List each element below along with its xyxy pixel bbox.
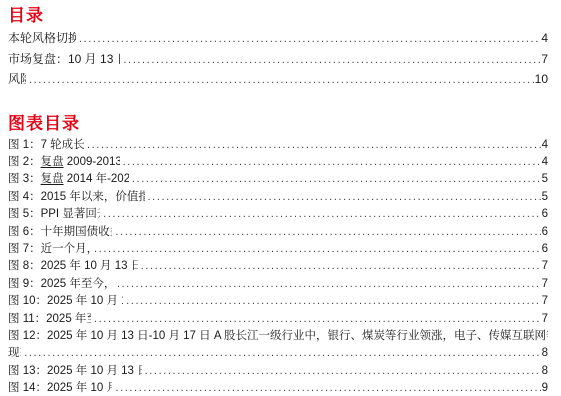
toc-entry[interactable]: 风险提示10 xyxy=(8,70,548,91)
entry-text: 图 12：2025 年 10 月 13 日-10 月 17 日 A 股长江一级行… xyxy=(8,328,548,345)
figure-toc-entry[interactable]: 图 8：2025 年 10 月 13 日-10 月 17 日，除红利指数外，主要… xyxy=(8,258,548,275)
page-number: 4 xyxy=(542,137,548,154)
dot-leader xyxy=(123,50,540,71)
page-number: 10 xyxy=(535,70,548,90)
entry-text-continued: 现靠后 xyxy=(8,345,21,362)
entry-text: 图 1：7 轮成长风格切换至价值风格历史复盘 xyxy=(8,137,84,154)
dot-leader xyxy=(29,70,534,91)
dot-leader xyxy=(141,258,541,275)
underlined-text: 复盘 xyxy=(41,173,64,185)
toc-title: 目录 xyxy=(8,4,548,28)
entry-text: 图 6：十年期国债收益率下行时，成长风格转向价值风格概率较大 xyxy=(8,224,112,241)
figure-toc-entry[interactable]: 图 2：复盘 2009-2013 年，在 A 股平台震荡期，价值风格占优的时间段… xyxy=(8,154,548,171)
dot-leader xyxy=(117,276,541,293)
toc-entry[interactable]: 本轮风格切换的时间多久，幅度多高? 4 xyxy=(8,29,548,50)
page-number: 5 xyxy=(542,189,548,206)
figure-toc-list: 图 1：7 轮成长风格切换至价值风格历史复盘4图 2：复盘 2009-2013 … xyxy=(8,137,548,396)
entry-text: 图 13：2025 年 10 月 13 日-10 月 17 日港股主要一级行业中… xyxy=(8,363,142,380)
page-number: 6 xyxy=(542,241,548,258)
figure-toc-entry[interactable]: 图 13：2025 年 10 月 13 日-10 月 17 日港股主要一级行业中… xyxy=(8,363,548,380)
dot-leader xyxy=(79,29,540,50)
page-number: 7 xyxy=(542,276,548,293)
figure-toc-entry[interactable]: 图 11：2025 年至今，主要中小盘指数均保持上涨 7 xyxy=(8,311,548,328)
dot-leader xyxy=(126,293,540,310)
entry-text: 风险提示 xyxy=(8,70,26,90)
page-number: 7 xyxy=(541,50,548,70)
figure-toc-entry[interactable]: 图 9：2025 年至今，除红利指数外，主要大盘指数均不同程度上涨 7 xyxy=(8,276,548,293)
entry-text: 图 14：2025 年 10 月 13 日-10 月 17 日，AI 主要主题指… xyxy=(8,380,112,396)
figure-toc-entry[interactable]: 图 10：2025 年 10 月 13 日-10 月 17 日，主要中小盘指数均… xyxy=(8,293,548,310)
dot-leader xyxy=(94,311,541,328)
page-number: 8 xyxy=(542,345,548,362)
dot-leader xyxy=(87,137,541,154)
dot-leader xyxy=(103,206,540,223)
entry-text: 图 8：2025 年 10 月 13 日-10 月 17 日，除红利指数外，主要… xyxy=(8,258,138,275)
entry-text: 图 3：复盘 2014 年-2025 年 9 月，在 A 股平台震荡期，价值风格… xyxy=(8,171,129,188)
entry-text: 图 2：复盘 2009-2013 年，在 A 股平台震荡期，价值风格占优的时间段 xyxy=(8,154,120,171)
page-number: 5 xyxy=(542,171,548,188)
dot-leader xyxy=(94,241,541,258)
dot-leader xyxy=(148,189,541,206)
entry-text: 图 10：2025 年 10 月 13 日-10 月 17 日，主要中小盘指数均… xyxy=(8,293,123,310)
figure-toc-entry[interactable]: 图 4：2015 年以来，价值指数 ROE 相对成长指数 ROE 差值扩大，成长… xyxy=(8,189,548,206)
figure-toc-entry[interactable]: 图 3：复盘 2014 年-2025 年 9 月，在 A 股平台震荡期，价值风格… xyxy=(8,171,548,188)
figure-toc-entry[interactable]: 图 14：2025 年 10 月 13 日-10 月 17 日，AI 主要主题指… xyxy=(8,380,548,396)
figure-toc-entry[interactable]: 图 7：近一个月，中美贸易需要关注的主要时间点 6 xyxy=(8,241,548,258)
entry-text: 图 7：近一个月，中美贸易需要关注的主要时间点 xyxy=(8,241,91,258)
dot-leader xyxy=(123,154,541,171)
dot-leader xyxy=(115,224,540,241)
figure-toc-title: 图表目录 xyxy=(8,112,548,136)
page-number: 4 xyxy=(541,29,548,49)
page-number: 8 xyxy=(542,363,548,380)
figure-toc-entry[interactable]: 图 6：十年期国债收益率下行时，成长风格转向价值风格概率较大 6 xyxy=(8,224,548,241)
toc-entry[interactable]: 市场复盘：10 月 13 日-10 月 17 日，A 股与港股调整，防御板块占优… xyxy=(8,50,548,71)
figure-toc-entry[interactable]: 图 12：2025 年 10 月 13 日-10 月 17 日 A 股长江一级行… xyxy=(8,328,548,363)
page-number: 4 xyxy=(542,154,548,171)
toc-page: 目录 本轮风格切换的时间多久，幅度多高? 4市场复盘：10 月 13 日-10 … xyxy=(0,0,561,396)
dot-leader xyxy=(24,345,540,362)
entry-text: 本轮风格切换的时间多久，幅度多高? xyxy=(8,29,76,49)
page-number: 7 xyxy=(542,293,548,310)
dot-leader xyxy=(145,363,541,380)
entry-text: 图 9：2025 年至今，除红利指数外，主要大盘指数均不同程度上涨 xyxy=(8,276,114,293)
dot-leader xyxy=(115,380,540,396)
page-number: 6 xyxy=(542,224,548,241)
figure-toc-entry[interactable]: 图 1：7 轮成长风格切换至价值风格历史复盘4 xyxy=(8,137,548,154)
page-number: 7 xyxy=(542,311,548,328)
page-number: 9 xyxy=(542,380,548,396)
page-number: 6 xyxy=(542,206,548,223)
entry-text: 图 4：2015 年以来，价值指数 ROE 相对成长指数 ROE 差值扩大，成长… xyxy=(8,189,145,206)
entry-text: 图 11：2025 年至今，主要中小盘指数均保持上涨 xyxy=(8,311,91,328)
entry-text: 市场复盘：10 月 13 日-10 月 17 日，A 股与港股调整，防御板块占优 xyxy=(8,50,120,70)
figure-toc-entry[interactable]: 图 5：PPI 显著回升时，成长风格转向价值风格概率较大 6 xyxy=(8,206,548,223)
toc-list: 本轮风格切换的时间多久，幅度多高? 4市场复盘：10 月 13 日-10 月 1… xyxy=(8,29,548,91)
entry-text: 图 5：PPI 显著回升时，成长风格转向价值风格概率较大 xyxy=(8,206,100,223)
underlined-text: 复盘 xyxy=(41,156,64,168)
dot-leader xyxy=(132,171,541,188)
page-number: 7 xyxy=(542,258,548,275)
